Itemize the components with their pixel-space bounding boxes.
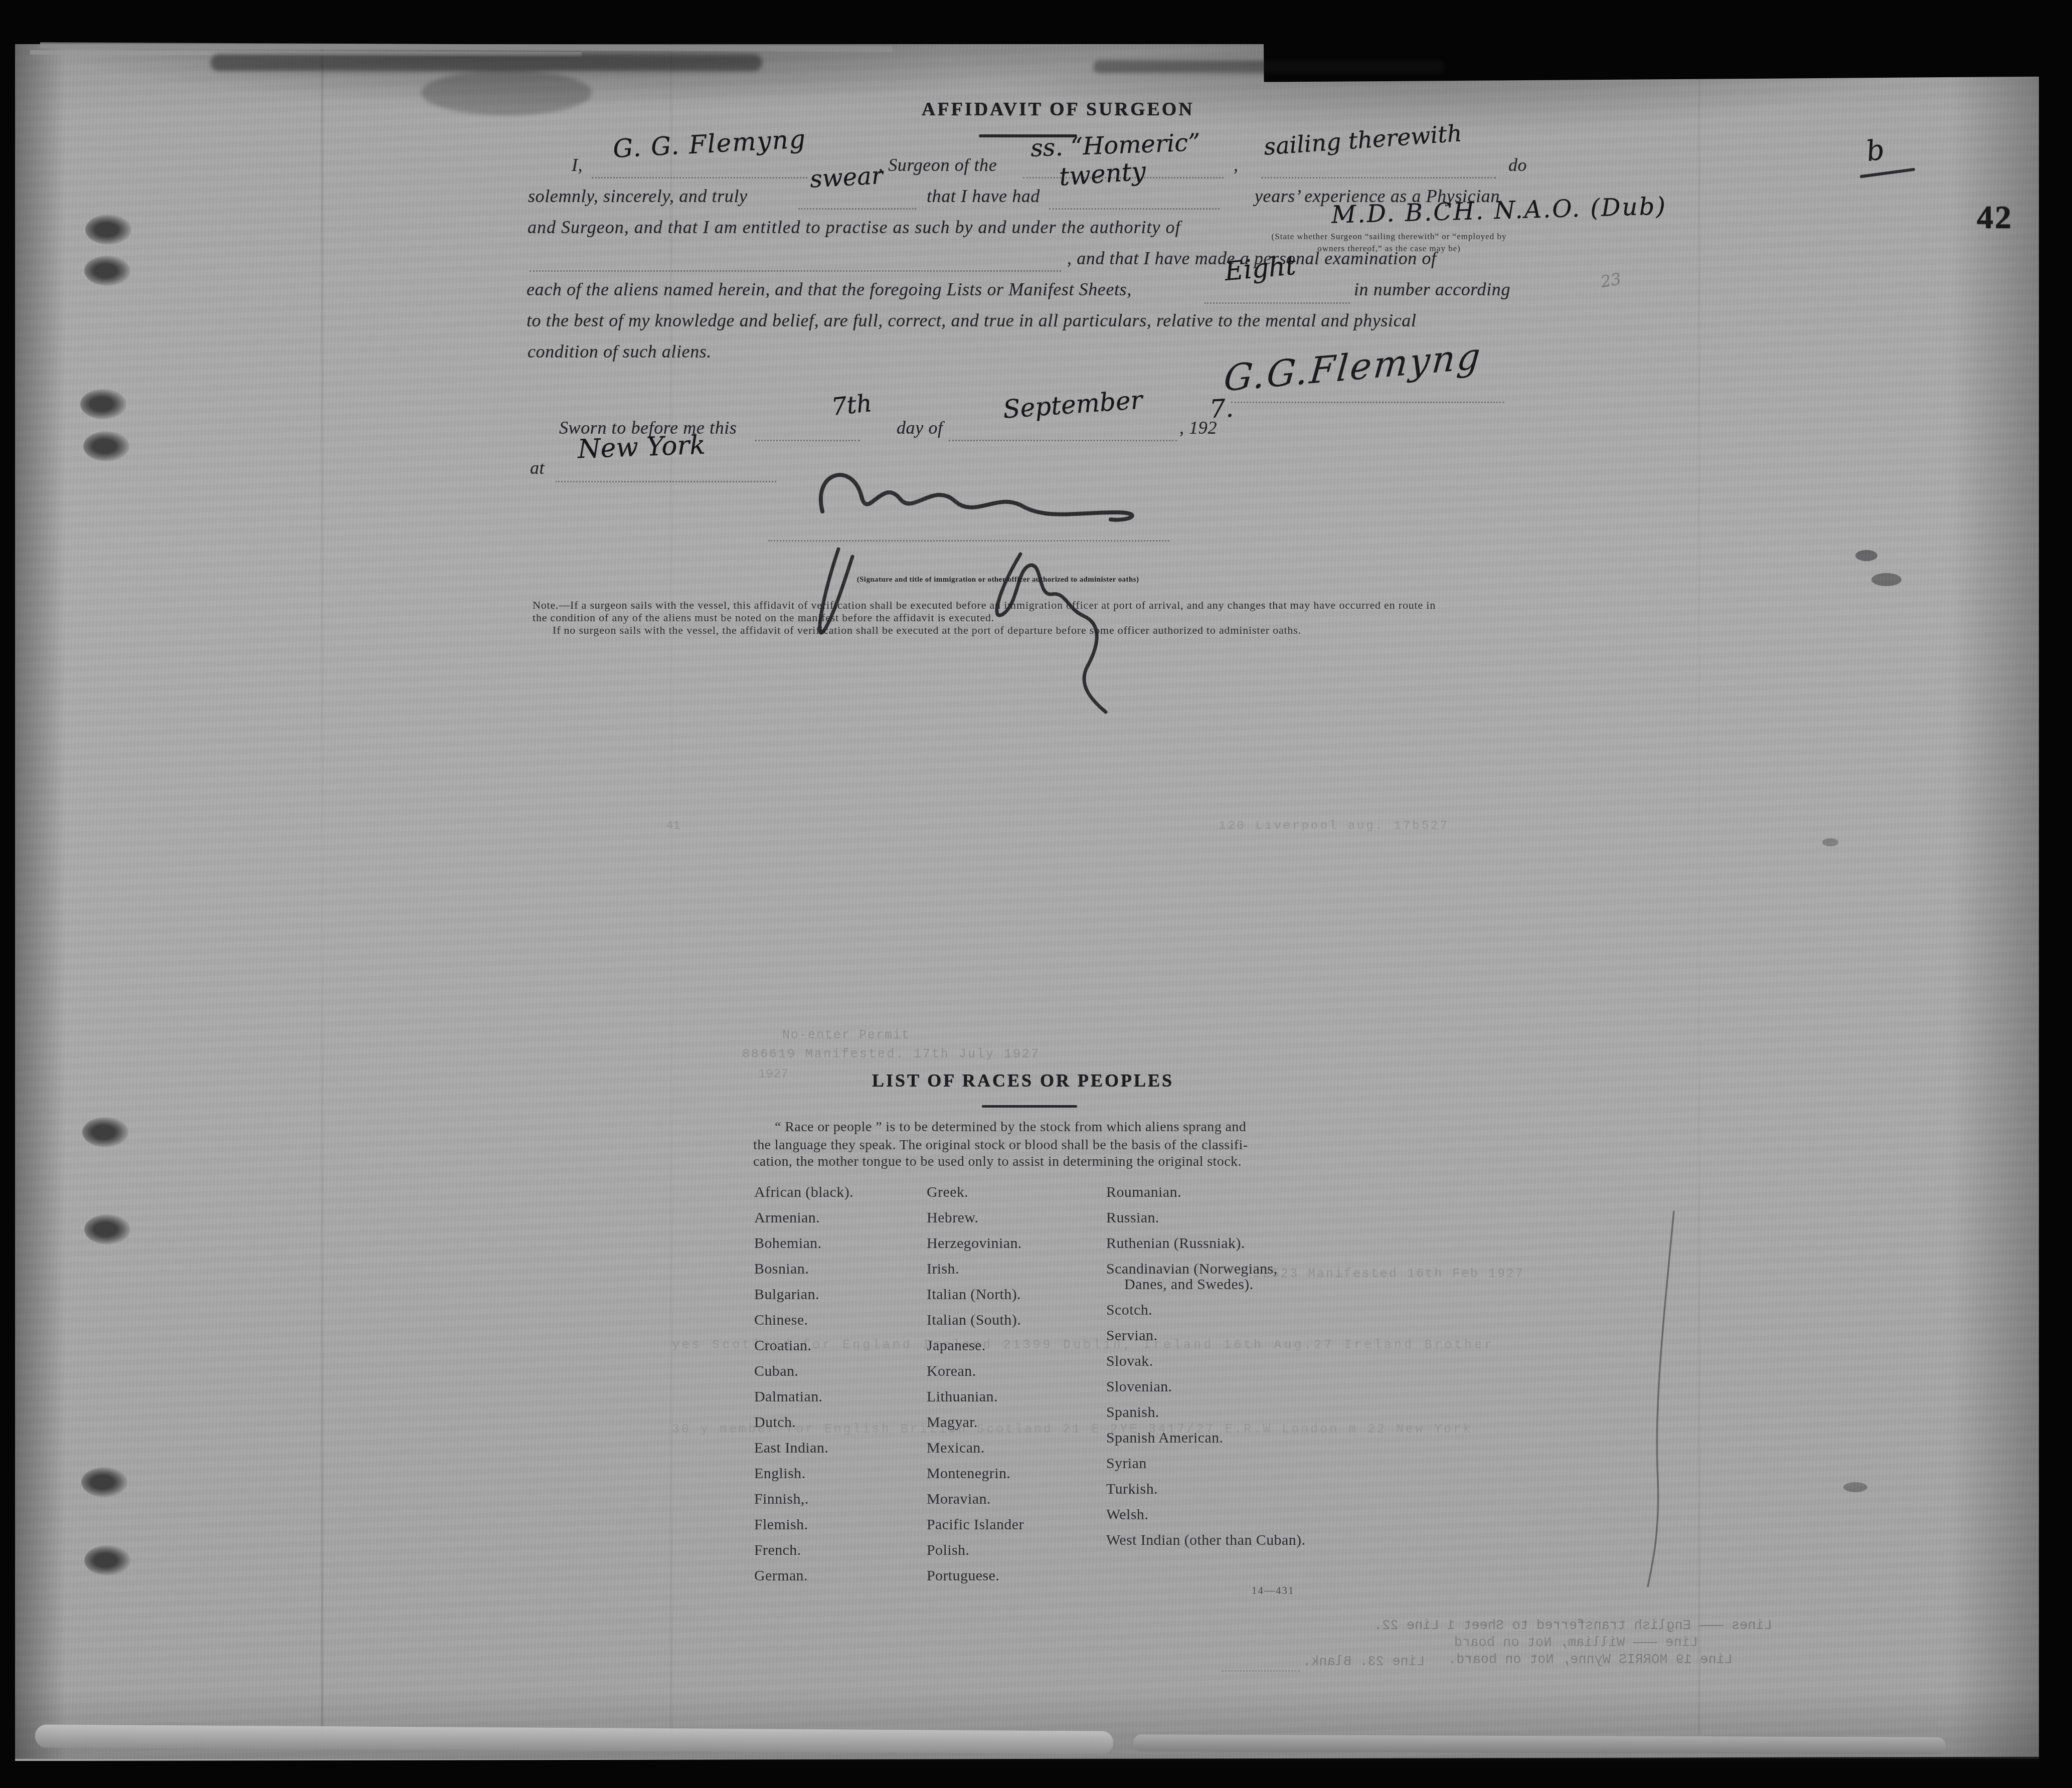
punch-hole	[84, 1214, 130, 1244]
race-item: Italian (South).	[927, 1312, 1097, 1328]
races-column-2: Greek.Hebrew.Herzegovinian.Irish.Italian…	[927, 1184, 1097, 1593]
fill-in-place: New York	[577, 430, 706, 465]
form-blank-line	[556, 480, 776, 482]
affidavit-text: solemnly, sincerely, and truly	[528, 186, 748, 207]
form-code: 14—431	[1252, 1584, 1295, 1597]
ghost-text: 22523 Manifested 16th Feb 1927	[1254, 1267, 1524, 1281]
race-item: French.	[754, 1542, 925, 1558]
form-blank-line	[1049, 208, 1220, 210]
fill-in-oath-word: swear	[809, 161, 884, 194]
affidavit-text: condition of such aliens.	[528, 341, 712, 362]
officer-signature-caption: (Signature and title of immigration or o…	[847, 576, 1148, 584]
race-item: Roumanian.	[1106, 1184, 1317, 1200]
jurat-text: at	[530, 457, 545, 478]
fill-in-ship-name: ss. “Homeric”	[1030, 128, 1200, 162]
ghost-text: 120 Liverpool aug. 17b527	[1219, 819, 1449, 833]
race-item: Finnish,.	[754, 1491, 925, 1507]
form-blank-line	[530, 270, 1061, 272]
race-item: Spanish.	[1106, 1404, 1317, 1420]
affidavit-text: in number according	[1354, 279, 1510, 300]
race-item: Slovenian.	[1106, 1379, 1317, 1394]
race-item: Flemish.	[754, 1517, 925, 1532]
race-item: Pacific Islander	[927, 1517, 1097, 1532]
mirrored-annotation: Line ——— William, Not on board	[1454, 1636, 1698, 1651]
race-item: Chinese.	[754, 1312, 925, 1328]
races-rule	[982, 1105, 1077, 1108]
form-blank-line	[1204, 302, 1350, 304]
race-item: Scotch.	[1106, 1302, 1317, 1318]
race-item: Polish.	[927, 1542, 1097, 1558]
fill-in-day: 7th	[830, 389, 873, 421]
punch-hole	[84, 1545, 130, 1575]
race-item: Italian (North).	[927, 1287, 1097, 1302]
ghost-text: 41	[666, 819, 680, 833]
race-item: Welsh.	[1106, 1507, 1317, 1522]
punch-hole	[82, 1117, 128, 1147]
race-item: Irish.	[927, 1261, 1097, 1277]
affidavit-text: that I have had	[927, 186, 1040, 207]
race-item: African (black).	[754, 1184, 925, 1200]
scan-edge-bottom	[0, 1761, 2072, 1788]
punch-hole	[81, 1467, 127, 1497]
races-intro: “ Race or people ” is to be determined b…	[775, 1119, 1246, 1135]
mirrored-annotation-leader	[1222, 1670, 1300, 1672]
race-item: Lithuanian.	[927, 1389, 1097, 1404]
form-blank-line	[949, 439, 1177, 441]
race-item: Herzegovinian.	[927, 1235, 1097, 1251]
race-item: Korean.	[927, 1363, 1097, 1379]
race-item: Portuguese.	[927, 1568, 1097, 1583]
scan-smudge	[1093, 60, 1444, 73]
jurat-text: day of	[897, 417, 943, 438]
race-item: Bulgarian.	[754, 1287, 925, 1302]
ghost-text: 1927	[758, 1067, 788, 1082]
race-item: English.	[754, 1466, 925, 1481]
fill-in-year-digit: 7.	[1209, 394, 1235, 424]
note-text: Note.—If a surgeon sails with the vessel…	[533, 599, 1436, 612]
ghost-text: 30 y member for English British Scotland…	[672, 1422, 1472, 1437]
race-item: West Indian (other than Cuban).	[1106, 1532, 1317, 1548]
affidavit-text: and Surgeon, and that I am entitled to p…	[528, 217, 1181, 238]
race-item: Turkish.	[1106, 1481, 1317, 1497]
race-item: Montenegrin.	[927, 1466, 1097, 1481]
punch-hole	[83, 431, 129, 461]
form-blank-line	[592, 176, 807, 178]
affidavit-text: , Surgeon of the	[879, 154, 997, 175]
mirrored-annotation: Lines ——— English transferred to Sheet 1…	[1374, 1619, 1772, 1634]
race-item: Armenian.	[754, 1210, 925, 1225]
form-instruction: (State whether Surgeon “sailing therewit…	[1239, 232, 1539, 242]
race-item: Bosnian.	[754, 1261, 925, 1277]
ghost-text: yes Scotland for England Ireland 21399 D…	[672, 1338, 1494, 1352]
affidavit-text: ,	[1234, 154, 1239, 175]
races-column-1: African (black).Armenian.Bohemian.Bosnia…	[754, 1184, 925, 1593]
fill-in-sheet-count: Eight	[1224, 251, 1297, 287]
officer-signature-line	[768, 540, 1169, 542]
scan-smudge	[211, 54, 762, 71]
race-item: Dalmatian.	[754, 1389, 925, 1404]
ghost-text: No-enter Permit	[782, 1028, 910, 1042]
affidavit-text: to the best of my knowledge and belief, …	[527, 310, 1417, 331]
race-item: Russian.	[1106, 1210, 1317, 1225]
affidavit-text: each of the aliens named herein, and tha…	[527, 279, 1132, 300]
scan-edge-right	[2039, 0, 2072, 1788]
paper-crease	[321, 30, 323, 1735]
mirrored-annotation: Line 23. Blank.	[1303, 1655, 1425, 1670]
races-column-3: Roumanian.Russian.Ruthenian (Russniak).S…	[1106, 1184, 1317, 1558]
race-item: East Indian.	[754, 1440, 925, 1456]
document-title: AFFIDAVIT OF SURGEON	[922, 98, 1194, 120]
form-blank-line	[1261, 176, 1496, 178]
race-item: Moravian.	[927, 1491, 1097, 1507]
page-number: 42	[1977, 199, 2013, 237]
note-text: the condition of any of the aliens must …	[533, 611, 994, 624]
form-blank-line	[798, 208, 916, 210]
affidavit-text: do	[1508, 154, 1527, 175]
scanned-document-page: b 42 AFFIDAVIT OF SURGEON I, G. G. Flemy…	[0, 0, 2072, 1788]
paper-crease	[1698, 30, 1700, 1735]
race-item: Greek.	[927, 1184, 1097, 1200]
races-heading: LIST OF RACES OR PEOPLES	[752, 1070, 1294, 1091]
race-item: Bohemian.	[754, 1235, 925, 1251]
punch-hole	[84, 256, 130, 286]
race-item: Slovak.	[1106, 1353, 1317, 1369]
race-item: German.	[754, 1568, 925, 1583]
punch-hole	[85, 215, 131, 245]
form-blank-line	[755, 439, 860, 441]
mirrored-annotation: Line 19 MORRIS Wynne, Not on board.	[1448, 1653, 1733, 1668]
race-item: Cuban.	[754, 1363, 925, 1379]
signature-line	[1231, 401, 1504, 403]
affidavit-text: I,	[572, 154, 583, 175]
fill-in-years: twenty	[1058, 156, 1147, 192]
race-item: Syrian	[1106, 1456, 1317, 1471]
scan-edge-left	[0, 0, 15, 1788]
scan-smudge	[421, 70, 592, 115]
note-text: If no surgeon sails with the vessel, the…	[553, 624, 1301, 637]
ghost-text: 886619 Manifested. 17th July 1927	[742, 1047, 1040, 1061]
race-item: Mexican.	[927, 1440, 1097, 1456]
punch-hole	[80, 389, 126, 419]
ghost-margin-squiggle: 23	[1599, 269, 1623, 291]
races-intro: cation, the mother tongue to be used onl…	[753, 1154, 1242, 1170]
races-intro: the language they speak. The original st…	[753, 1137, 1248, 1153]
page-curl-edge	[1133, 1734, 1946, 1754]
race-item: Hebrew.	[927, 1210, 1097, 1225]
race-item: Ruthenian (Russniak).	[1106, 1235, 1317, 1251]
